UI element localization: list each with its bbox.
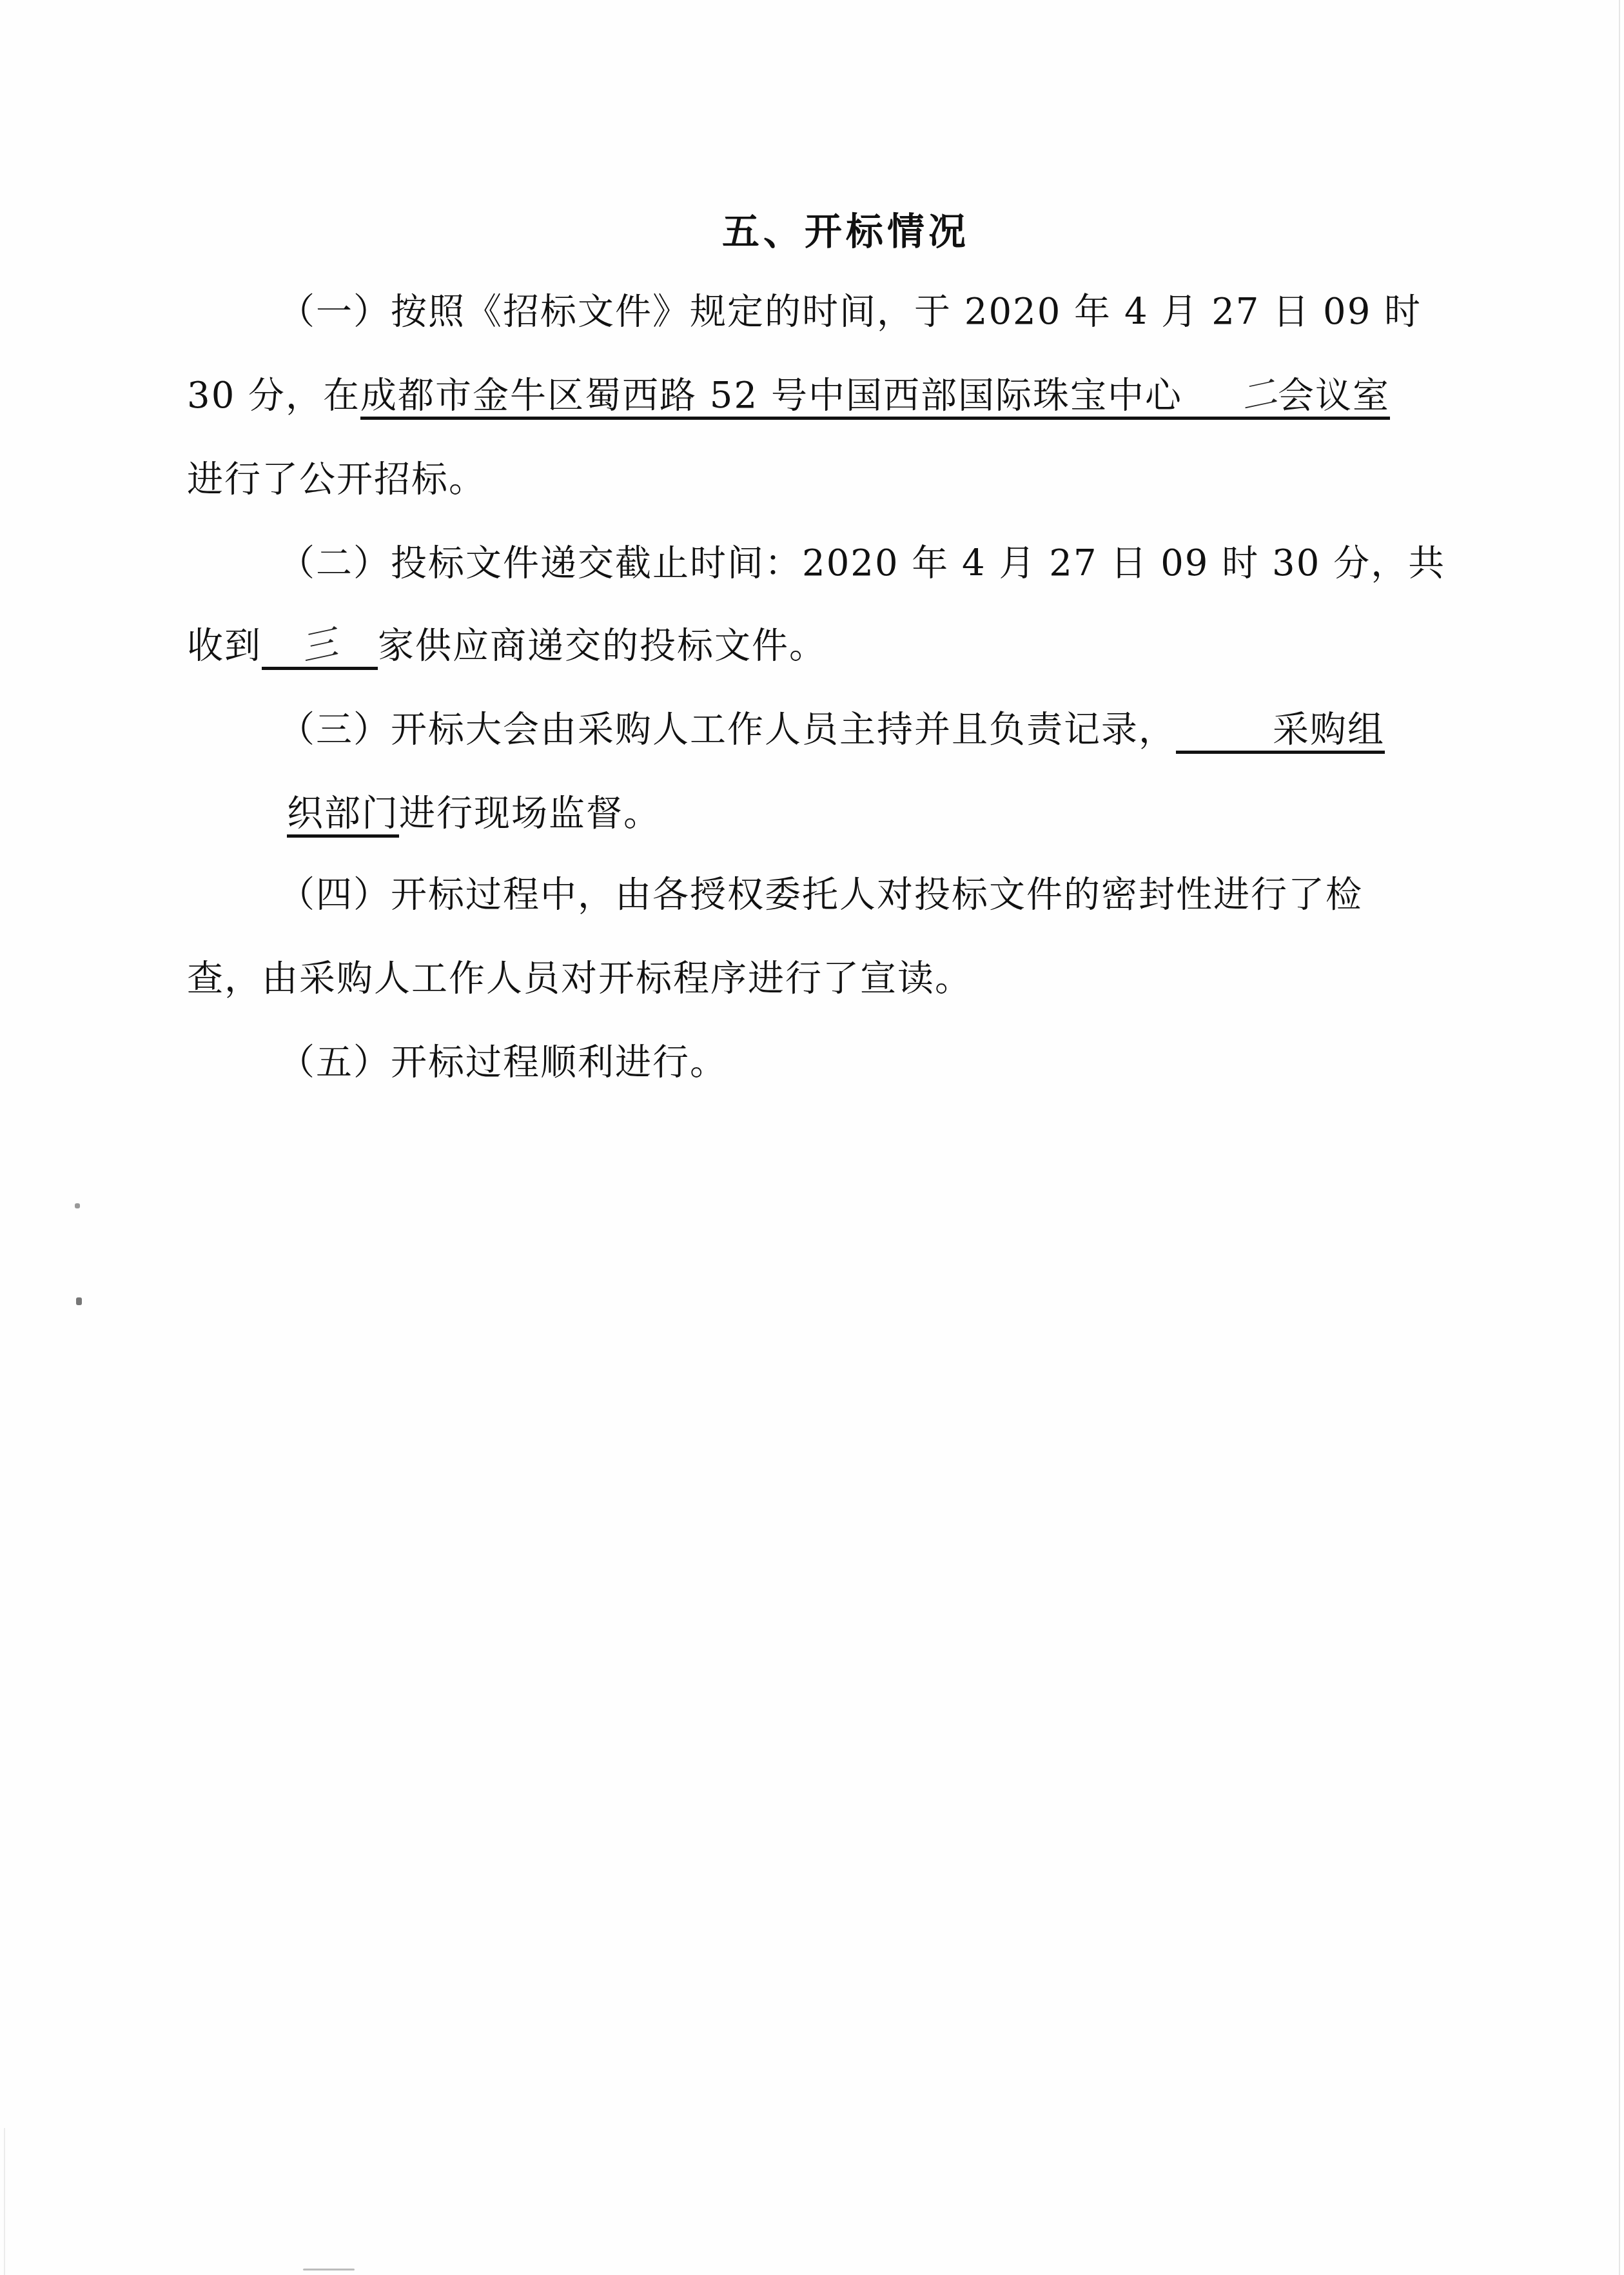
supervisor-underlined-start: 采购组 [1176, 711, 1385, 754]
paragraph-1-line-1: （一）按照《招标文件》规定的时间，于 2020 年 4 月 27 日 09 时 [279, 289, 1422, 335]
line-prefix: 收到 [187, 625, 262, 667]
paragraph-3-line-1: （三）开标大会由采购人工作人员主持并且负责记录，采购组 [279, 707, 1385, 754]
paragraph-1-line-3: 进行了公开招标。 [187, 457, 486, 503]
line-prefix: （三）开标大会由采购人工作人员主持并且负责记录， [279, 709, 1176, 751]
room-suffix: 会议室 [1278, 375, 1390, 417]
location-text: 成都市金牛区蜀西路 52 号中国西部国际珠宝中心 [360, 375, 1182, 417]
paragraph-2-line-1: （二）投标文件递交截止时间：2020 年 4 月 27 日 09 时 30 分，… [279, 540, 1445, 587]
handwritten-room-number: 二 [1237, 373, 1281, 419]
paragraph-3-line-2: 织部门进行现场监督。 [287, 791, 661, 838]
handwritten-bidder-count: 三 [297, 624, 342, 669]
paragraph-4-line-1: （四）开标过程中，由各授权委托人对投标文件的密封性进行了检 [279, 872, 1363, 918]
scanned-page: 五、开标情况 （一）按照《招标文件》规定的时间，于 2020 年 4 月 27 … [0, 0, 1624, 2275]
paragraph-2-line-2: 收到三家供应商递交的投标文件。 [187, 623, 827, 670]
location-underlined: 成都市金牛区蜀西路 52 号中国西部国际珠宝中心二会议室 [360, 377, 1390, 420]
scan-edge-left [4, 2128, 5, 2275]
scan-edge-right [1619, 0, 1620, 2275]
supervisor-text-end: 织部门 [287, 794, 399, 838]
paragraph-5-line-1: （五）开标过程顺利进行。 [279, 1039, 727, 1086]
line-prefix: 30 分，在 [187, 375, 360, 417]
section-title: 五、开标情况 [722, 201, 970, 255]
scan-mark [303, 2269, 355, 2270]
paragraph-1-line-2: 30 分，在成都市金牛区蜀西路 52 号中国西部国际珠宝中心二会议室 [187, 373, 1390, 420]
line-suffix: 家供应商递交的投标文件。 [378, 625, 827, 667]
paragraph-4-line-2: 查，由采购人工作人员对开标程序进行了宣读。 [187, 956, 972, 1002]
supervisor-text-start: 采购组 [1273, 709, 1385, 751]
scan-speck [76, 1297, 82, 1305]
scan-speck [75, 1203, 80, 1208]
bidder-count-blank: 三 [262, 627, 378, 670]
line-suffix: 进行现场监督。 [399, 793, 661, 834]
